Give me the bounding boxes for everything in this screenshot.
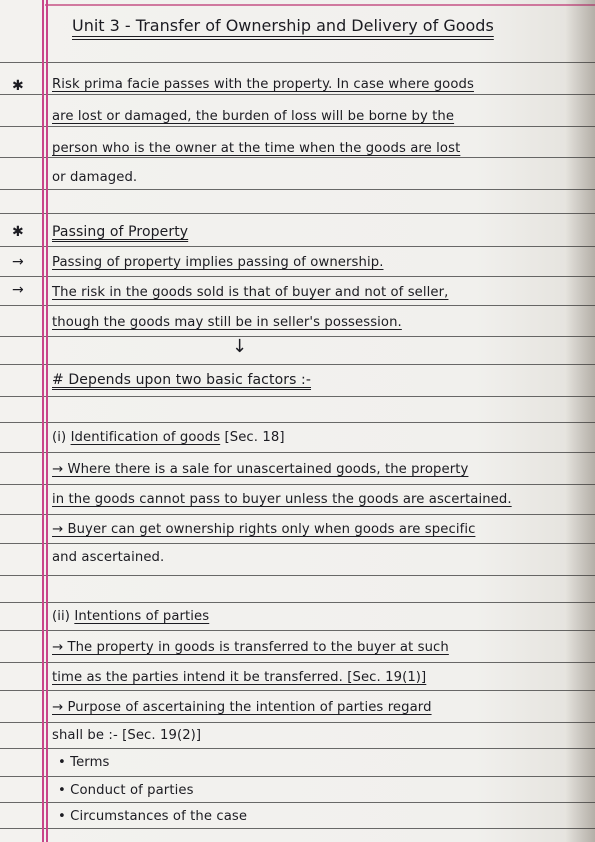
identification-line: → Buyer can get ownership rights only wh… xyxy=(52,522,575,537)
risk-line: Risk prima facie passes with the propert… xyxy=(52,77,575,92)
asterisk-icon: ✱ xyxy=(12,78,24,94)
top-margin-line xyxy=(45,4,595,6)
identification-heading: (i) Identification of goods [Sec. 18] xyxy=(52,430,575,445)
section-heading: Passing of Property xyxy=(52,224,575,240)
bullet-item: • Conduct of parties xyxy=(58,783,575,798)
heading-number: (i) xyxy=(52,430,66,445)
rule-line xyxy=(0,396,595,397)
rule-line xyxy=(0,630,595,631)
intentions-line: time as the parties intend it be transfe… xyxy=(52,670,575,685)
risk-line: person who is the owner at the time when… xyxy=(52,141,575,156)
rule-line xyxy=(0,336,595,337)
intentions-line: → Purpose of ascertaining the intention … xyxy=(52,700,575,715)
margin-line xyxy=(46,0,48,842)
margin-line xyxy=(42,0,44,842)
rule-line xyxy=(0,543,595,544)
page-title: Unit 3 - Transfer of Ownership and Deliv… xyxy=(72,16,494,35)
rule-line xyxy=(0,213,595,214)
intentions-line: → The property in goods is transferred t… xyxy=(52,640,575,655)
arrow-right-icon: → xyxy=(12,282,24,298)
rule-line xyxy=(0,305,595,306)
rule-line xyxy=(0,246,595,247)
arrow-right-icon: → xyxy=(12,254,24,270)
section-ref: [Sec. 18] xyxy=(224,430,284,445)
rule-line xyxy=(0,189,595,190)
identification-line: → Where there is a sale for unascertaine… xyxy=(52,462,575,477)
heading-number: (ii) xyxy=(52,609,70,624)
arrow-down-icon: ↓ xyxy=(232,336,247,357)
notebook-page: Unit 3 - Transfer of Ownership and Deliv… xyxy=(0,0,595,842)
rule-line xyxy=(0,452,595,453)
identification-line: in the goods cannot pass to buyer unless… xyxy=(52,492,575,507)
heading-text: Intentions of parties xyxy=(74,609,209,624)
rule-line xyxy=(0,94,595,95)
risk-line: are lost or damaged, the burden of loss … xyxy=(52,109,575,124)
rule-line xyxy=(0,690,595,691)
rule-line xyxy=(0,126,595,127)
rule-line xyxy=(0,662,595,663)
intentions-line: shall be :- [Sec. 19(2)] xyxy=(52,728,575,743)
identification-line: and ascertained. xyxy=(52,550,575,565)
rule-line xyxy=(0,722,595,723)
factors-heading: # Depends upon two basic factors :- xyxy=(52,372,575,388)
intentions-heading: (ii) Intentions of parties xyxy=(52,609,575,624)
asterisk-icon: ✱ xyxy=(12,224,24,240)
passing-point: Passing of property implies passing of o… xyxy=(52,255,575,270)
rule-line xyxy=(0,157,595,158)
rule-line xyxy=(0,276,595,277)
page-edge-shadow xyxy=(565,0,595,842)
rule-line xyxy=(0,422,595,423)
rule-line xyxy=(0,748,595,749)
rule-line xyxy=(0,776,595,777)
rule-line xyxy=(0,802,595,803)
risk-line: or damaged. xyxy=(52,170,575,185)
rule-line xyxy=(0,364,595,365)
rule-line xyxy=(0,575,595,576)
bullet-item: • Terms xyxy=(58,755,575,770)
passing-continuation: though the goods may still be in seller'… xyxy=(52,315,575,330)
rule-line xyxy=(0,484,595,485)
passing-point: The risk in the goods sold is that of bu… xyxy=(52,285,575,300)
rule-line xyxy=(0,828,595,829)
bullet-item: • Circumstances of the case xyxy=(58,809,575,824)
rule-line xyxy=(0,514,595,515)
rule-line xyxy=(0,62,595,63)
rule-line xyxy=(0,602,595,603)
heading-text: Identification of goods xyxy=(71,430,221,445)
